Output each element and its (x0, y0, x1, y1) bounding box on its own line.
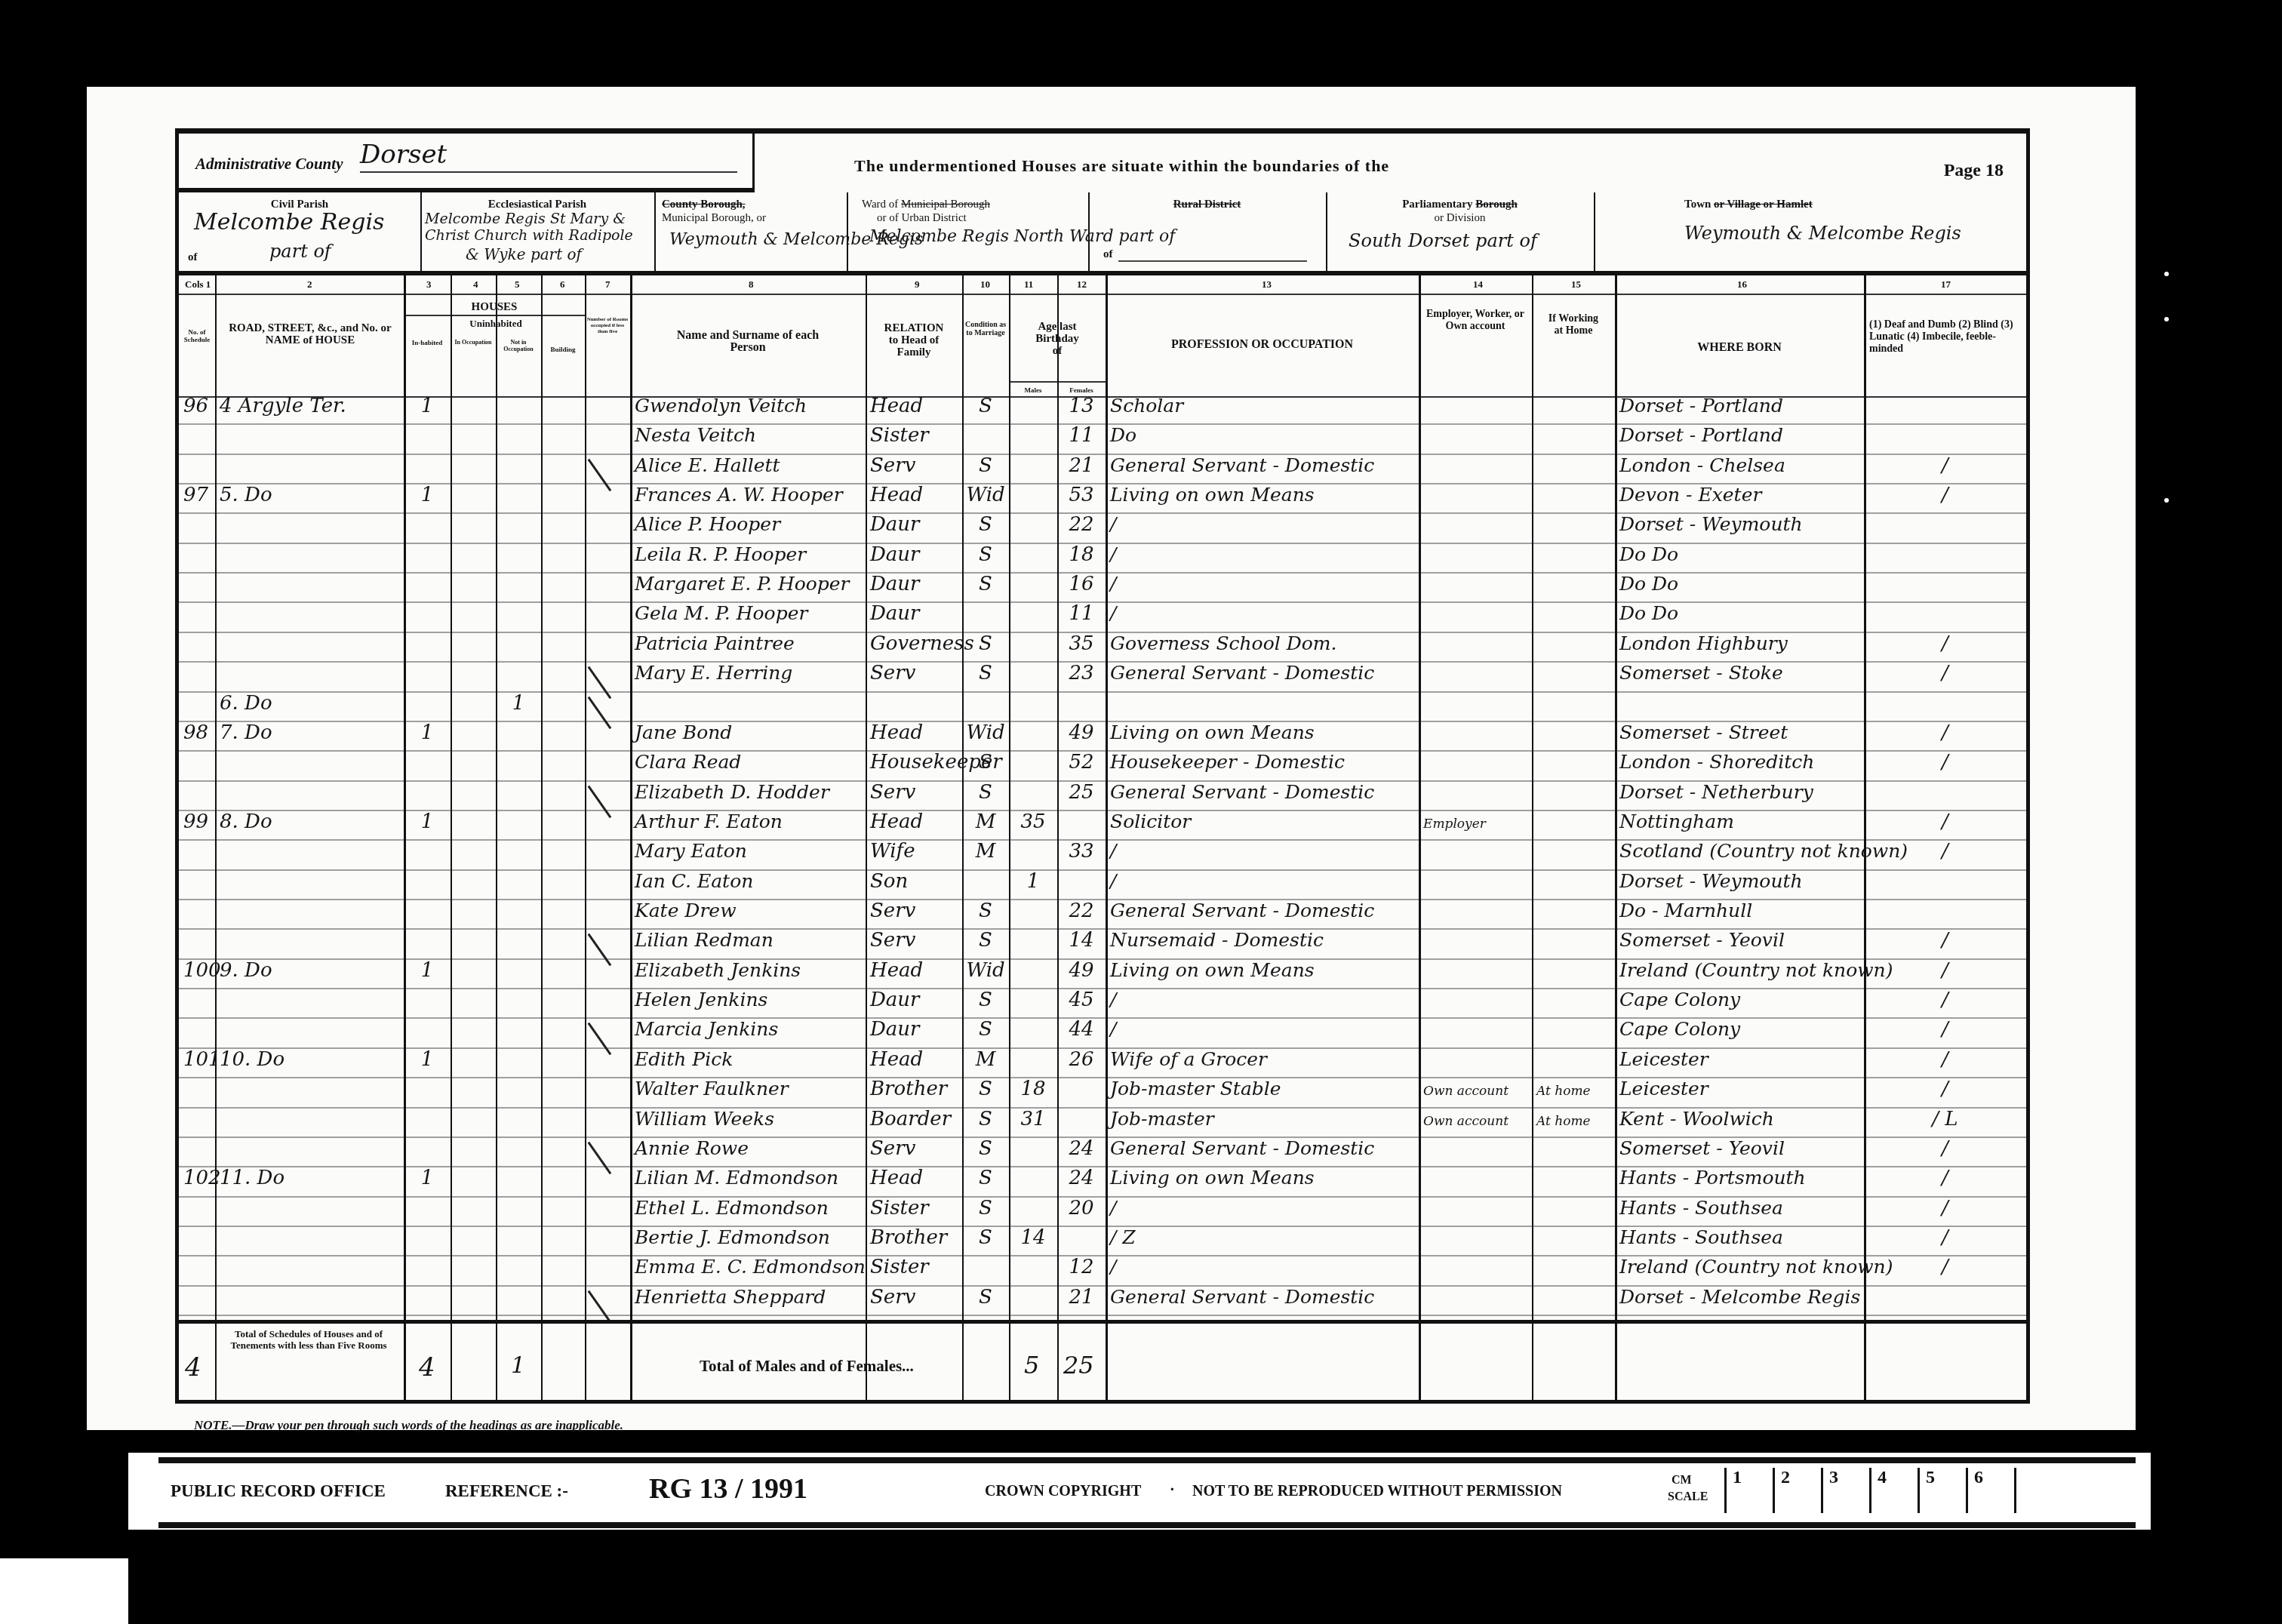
inhabited-header: In-habited (404, 339, 451, 346)
cell-name: Lilian Redman (635, 929, 773, 951)
table-row: Bertie J. EdmondsonBrotherS14/ ZHants - … (179, 1228, 2026, 1257)
cell-born: Do - Marnhull (1619, 900, 1752, 921)
cell-born: Ireland (Country not known) (1619, 1256, 1893, 1278)
cell-cond: S (962, 632, 1009, 655)
cell-road: 9. Do (220, 959, 272, 982)
cell-f: 24 (1057, 1167, 1106, 1189)
table-row: 1009. Do1Elizabeth JenkinsHeadWid49Livin… (179, 961, 2026, 990)
cell-cond: S (962, 781, 1009, 804)
cell-born: Cape Colony (1619, 989, 1740, 1010)
cell-occ: General Servant - Domestic (1110, 1137, 1374, 1159)
cell-f: 20 (1057, 1197, 1106, 1220)
cell-name: Elizabeth Jenkins (635, 959, 801, 981)
reference-label: REFERENCE :- (445, 1481, 568, 1501)
cell-cond: S (962, 1078, 1009, 1100)
cell-rel: Serv (870, 900, 915, 922)
cell-name: Arthur F. Eaton (635, 810, 783, 832)
uninhabited-total: 1 (511, 1352, 525, 1379)
admin-county-label: Administrative County (195, 155, 343, 174)
cell-occ: / (1110, 1256, 1116, 1278)
houses-header: HOUSES (404, 301, 585, 313)
cell-rel: Serv (870, 1137, 915, 1160)
relation-header: RELATION to Head of Family (866, 322, 962, 358)
cell-born: Ireland (Country not known) (1619, 959, 1893, 981)
cell-road: 11. Do (220, 1167, 284, 1189)
cell-inf: / (1864, 721, 2026, 744)
cell-occ: Do (1110, 424, 1136, 446)
table-row: Nesta VeitchSister11DoDorset - Portland (179, 426, 2026, 455)
cell-born: Leicester (1619, 1048, 1708, 1070)
cell-f: 49 (1057, 721, 1106, 744)
cell-cond: M (962, 1048, 1009, 1071)
cell-rel: Brother (870, 1226, 947, 1249)
name-header: Name and Surname of each Person (630, 330, 866, 354)
cell-born: Hants - Southsea (1619, 1197, 1783, 1219)
cell-cond: M (962, 810, 1009, 833)
cell-f: 14 (1057, 929, 1106, 952)
cell-cond: S (962, 573, 1009, 595)
cell-occ: / Z (1110, 1226, 1136, 1248)
cell-emp: Own account (1423, 1114, 1509, 1129)
males-header: Males (1009, 384, 1057, 396)
instruction-note: NOTE.—Draw your pen through such words o… (194, 1418, 623, 1433)
table-row: Lilian RedmanServS14Nursemaid - Domestic… (179, 930, 2026, 960)
cell-cond: S (962, 395, 1009, 417)
scale-cell: 6 (1966, 1468, 2014, 1513)
cell-name: Edith Pick (635, 1048, 733, 1070)
cell-f: 33 (1057, 840, 1106, 863)
cell-born: London - Shoreditch (1619, 751, 1814, 773)
cell-occ: General Servant - Domestic (1110, 781, 1374, 803)
cell-born: Hants - Portsmouth (1619, 1167, 1806, 1189)
column-number: 15 (1571, 280, 1581, 289)
cell-inhab: 1 (404, 484, 451, 506)
cell-name: Patricia Paintree (635, 632, 795, 654)
cell-home: At home (1536, 1114, 1591, 1129)
cell-name: Clara Read (635, 751, 741, 773)
cell-born: Do Do (1619, 543, 1678, 565)
cell-occ: Living on own Means (1110, 1167, 1315, 1189)
cell-rel: Serv (870, 781, 915, 804)
table-row: Emma E. C. EdmondsonSister12/Ireland (Co… (179, 1257, 2026, 1287)
cell-f: 16 (1057, 573, 1106, 595)
cell-rel: Boarder (870, 1108, 951, 1130)
column-number: 13 (1262, 280, 1272, 289)
table-row: 6. Do1 (179, 694, 2026, 723)
civil-parish-box: Civil Parish Melcombe Regis of part of (179, 192, 422, 271)
table-row: William WeeksBoarderS31Job-masterOwn acc… (179, 1109, 2026, 1139)
cell-occ: Wife of a Grocer (1110, 1048, 1267, 1070)
cell-m: 31 (1009, 1108, 1057, 1130)
cell-name: William Weeks (635, 1108, 774, 1130)
cell-f: 18 (1057, 543, 1106, 566)
cell-inhab: 1 (404, 959, 451, 982)
column-number: Cols 1 (185, 280, 211, 289)
cell-cond: Wid (962, 721, 1009, 744)
table-row: Marcia JenkinsDaurS44/Cape Colony/ (179, 1020, 2026, 1049)
cell-born: Devon - Exeter (1619, 484, 1761, 506)
cell-born: Do Do (1619, 573, 1678, 595)
cell-inf: / (1864, 454, 2026, 477)
cell-rel: Daur (870, 989, 920, 1011)
cell-f: 13 (1057, 395, 1106, 417)
cell-cond: S (962, 543, 1009, 566)
cell-cond: S (962, 513, 1009, 536)
cell-born: Hants - Southsea (1619, 1226, 1783, 1248)
cell-name: Walter Faulkner (635, 1078, 789, 1100)
cell-born: London - Chelsea (1619, 454, 1785, 476)
archive-footer: PUBLIC RECORD OFFICE REFERENCE :- RG 13 … (128, 1453, 2151, 1530)
column-number: 9 (915, 280, 920, 289)
cell-occ: / (1110, 840, 1116, 862)
cell-f: 26 (1057, 1048, 1106, 1071)
cell-rel: Head (870, 484, 923, 506)
cell-name: Marcia Jenkins (635, 1018, 778, 1040)
cell-inf: / (1864, 810, 2026, 833)
cell-f: 21 (1057, 454, 1106, 477)
cell-occ: Job-master Stable (1110, 1078, 1281, 1100)
cell-occ: / (1110, 543, 1116, 565)
cell-name: Bertie J. Edmondson (635, 1226, 830, 1248)
cm-scale: 123456 (1724, 1453, 2117, 1528)
parliamentary-box: Parliamentary Borough or Division South … (1326, 192, 1595, 271)
cell-rel: Head (870, 1167, 923, 1189)
scale-cell: 1 (1724, 1468, 1773, 1513)
cell-cond: S (962, 751, 1009, 774)
table-row: Patricia PaintreeGovernessS35Governess S… (179, 634, 2026, 663)
cell-inf: / L (1864, 1108, 2026, 1130)
table-row: 10110. Do1Edith PickHeadM26Wife of a Gro… (179, 1050, 2026, 1079)
occupation-header: PROFESSION OR OCCUPATION (1106, 339, 1419, 351)
cell-sched: 99 (183, 810, 208, 833)
cell-inf: / (1864, 751, 2026, 774)
cell-occ: / (1110, 602, 1116, 624)
cell-name: Ethel L. Edmondson (635, 1197, 829, 1219)
table-row: Henrietta SheppardServS21General Servant… (179, 1287, 2026, 1317)
table-row: Ethel L. EdmondsonSisterS20/Hants - Sout… (179, 1198, 2026, 1228)
table-row: Leila R. P. HooperDaurS18/Do Do (179, 545, 2026, 574)
cell-emp: Employer (1423, 817, 1486, 832)
cell-occ: / (1110, 513, 1116, 535)
table-row: Alice E. HallettServS21General Servant -… (179, 456, 2026, 485)
census-table: Cols 1234567891011121314151617No. of Sch… (179, 275, 2026, 1400)
cell-cond: S (962, 1167, 1009, 1189)
boundaries-text: The undermentioned Houses are situate wi… (854, 156, 1389, 176)
eccl-parish-box: Ecclesiastical Parish Melcombe Regis St … (420, 192, 656, 271)
cell-inf: / (1864, 840, 2026, 863)
cell-rel: Head (870, 1048, 923, 1071)
table-row: Elizabeth D. HodderServS25General Servan… (179, 783, 2026, 812)
cell-emp: Own account (1423, 1084, 1509, 1099)
schedules-total: 4 (185, 1352, 201, 1383)
cell-name: Leila R. P. Hooper (635, 543, 806, 565)
cell-name: Mary Eaton (635, 840, 747, 862)
permission-label: NOT TO BE REPRODUCED WITHOUT PERMISSION (1192, 1483, 1562, 1500)
cell-occ: General Servant - Domestic (1110, 900, 1374, 921)
cell-f: 49 (1057, 959, 1106, 982)
column-number: 2 (307, 280, 312, 289)
cell-name: Margaret E. P. Hooper (635, 573, 850, 595)
totals-row: Total of Schedules of Houses and of Tene… (179, 1320, 2026, 1407)
cell-rel: Head (870, 395, 923, 417)
cell-inhab: 1 (404, 810, 451, 833)
parliamentary-value: South Dorset part of (1349, 230, 1537, 251)
cell-inhab: 1 (404, 721, 451, 744)
cell-f: 12 (1057, 1256, 1106, 1278)
corner-patch (0, 1558, 128, 1624)
cell-name: Gwendolyn Veitch (635, 395, 807, 417)
cell-rel: Son (870, 870, 908, 893)
cell-name: Lilian M. Edmondson (635, 1167, 838, 1189)
infirmity-header: (1) Deaf and Dumb (2) Blind (3) Lunatic … (1869, 319, 2020, 355)
cell-rel: Sister (870, 1197, 929, 1220)
table-row: Helen JenkinsDaurS45/Cape Colony/ (179, 990, 2026, 1020)
schedules-total-label: Total of Schedules of Houses and of Tene… (218, 1328, 399, 1351)
cell-cond: Wid (962, 484, 1009, 506)
cell-f: 53 (1057, 484, 1106, 506)
column-number: 11 (1024, 280, 1033, 289)
cell-born: Cape Colony (1619, 1018, 1740, 1040)
cell-inf: / (1864, 1048, 2026, 1071)
cell-name: Nesta Veitch (635, 424, 756, 446)
cell-occ: / (1110, 989, 1116, 1010)
cell-occ: General Servant - Domestic (1110, 1286, 1374, 1308)
cell-inf: / (1864, 484, 2026, 506)
cell-rel: Serv (870, 662, 915, 684)
employer-header: Employer, Worker, or Own account (1419, 309, 1532, 333)
cell-inf: / (1864, 1018, 2026, 1041)
column-number: 8 (749, 280, 754, 289)
cell-cond: S (962, 454, 1009, 477)
cell-inf: / (1864, 1167, 2026, 1189)
cell-occ: Housekeeper - Domestic (1110, 751, 1345, 773)
cell-cond: Wid (962, 959, 1009, 982)
boundaries-row: Civil Parish Melcombe Regis of part of E… (179, 192, 2026, 275)
table-row: Mary E. HerringServS23General Servant - … (179, 663, 2026, 693)
ward-box: Ward of Municipal Borough or of Urban Di… (847, 192, 1090, 271)
cell-f: 23 (1057, 662, 1106, 684)
cell-cond: M (962, 840, 1009, 863)
cell-born: Dorset - Weymouth (1619, 513, 1803, 535)
road-header: ROAD, STREET, &c., and No. or NAME of HO… (218, 322, 402, 346)
rural-district-box: Rural District of (1088, 192, 1327, 271)
borough-box: County Borough, Municipal Borough, or We… (654, 192, 848, 271)
cell-f: 11 (1057, 602, 1106, 625)
cell-road: 8. Do (220, 810, 272, 833)
inhabited-total: 4 (419, 1352, 435, 1383)
cell-rel: Daur (870, 543, 920, 566)
females-total: 25 (1063, 1351, 1094, 1379)
table-row: 10211. Do1Lilian M. EdmondsonHeadS24Livi… (179, 1168, 2026, 1198)
cell-inf: / (1864, 1226, 2026, 1249)
cell-m: 35 (1009, 810, 1057, 833)
cell-rel: Serv (870, 1286, 915, 1309)
cell-rel: Head (870, 721, 923, 744)
cell-name: Frances A. W. Hooper (635, 484, 843, 506)
cell-occ: / (1110, 1018, 1116, 1040)
cell-born: Somerset - Street (1619, 721, 1788, 743)
cell-m: 1 (1009, 870, 1057, 893)
cell-f: 44 (1057, 1018, 1106, 1041)
cell-cond: S (962, 1108, 1009, 1130)
cell-cond: S (962, 662, 1009, 684)
table-row: Ian C. EatonSon1/Dorset - Weymouth (179, 872, 2026, 901)
cell-occ: / (1110, 573, 1116, 595)
cell-road: 6. Do (220, 692, 272, 715)
cell-inf: / (1864, 1197, 2026, 1220)
cell-road: 4 Argyle Ter. (220, 395, 346, 417)
cell-occ: Governess School Dom. (1110, 632, 1336, 654)
table-row: Margaret E. P. HooperDaurS16/Do Do (179, 574, 2026, 604)
copyright-label: CROWN COPYRIGHT (985, 1483, 1141, 1500)
not-in-occupation-header: Not in Occupation (496, 339, 541, 352)
cell-f: 52 (1057, 751, 1106, 774)
table-row: 975. Do1Frances A. W. HooperHeadWid53Liv… (179, 485, 2026, 515)
table-row: Mary EatonWifeM33/Scotland (Country not … (179, 841, 2026, 871)
cell-born: Somerset - Yeovil (1619, 1137, 1785, 1159)
cell-inf: / (1864, 959, 2026, 982)
cell-name: Emma E. C. Edmondson (635, 1256, 866, 1278)
column-number: 6 (560, 280, 565, 289)
table-row: 964 Argyle Ter.1Gwendolyn VeitchHeadS13S… (179, 396, 2026, 426)
condition-header: Condition as to Marriage (962, 321, 1009, 337)
cell-road: 10. Do (220, 1048, 284, 1071)
cell-name: Kate Drew (635, 900, 737, 921)
cell-rel: Brother (870, 1078, 947, 1100)
town-value: Weymouth & Melcombe Regis (1684, 223, 1961, 244)
page-number: Page 18 (1944, 161, 2004, 181)
cell-rel: Wife (870, 840, 915, 863)
census-form: Administrative County Dorset The underme… (175, 128, 2030, 1404)
town-box: Town or Village or Hamlet Weymouth & Mel… (1594, 192, 2031, 271)
cell-born: Dorset - Portland (1619, 424, 1783, 446)
cell-inf: / (1864, 1137, 2026, 1160)
cell-name: Henrietta Sheppard (635, 1286, 826, 1308)
cell-home: At home (1536, 1084, 1591, 1099)
males-total: 5 (1024, 1351, 1039, 1379)
table-row: Alice P. HooperDaurS22/Dorset - Weymouth (179, 515, 2026, 544)
cell-occ: General Servant - Domestic (1110, 454, 1374, 476)
cell-f: 22 (1057, 900, 1106, 922)
cell-born: Leicester (1619, 1078, 1708, 1100)
cell-rel: Serv (870, 929, 915, 952)
cell-name: Helen Jenkins (635, 989, 767, 1010)
cell-rel: Governess (870, 632, 974, 655)
column-number: 17 (1941, 280, 1951, 289)
cell-name: Gela M. P. Hooper (635, 602, 807, 624)
cell-occ: General Servant - Domestic (1110, 662, 1374, 684)
cell-f: 21 (1057, 1286, 1106, 1309)
cell-inhab: 1 (404, 395, 451, 417)
working-home-header: If Working at Home (1532, 313, 1615, 337)
table-row: Clara ReadHousekeeperS52Housekeeper - Do… (179, 752, 2026, 782)
cell-name: Jane Bond (635, 721, 732, 743)
column-number: 5 (515, 280, 520, 289)
cell-cond: S (962, 929, 1009, 952)
cell-inhab: 1 (404, 1167, 451, 1189)
cell-born: Dorset - Melcombe Regis (1619, 1286, 1860, 1308)
schedule-header: No. of Schedule (179, 328, 215, 343)
cell-f: 11 (1057, 424, 1106, 447)
column-number: 10 (980, 280, 990, 289)
cell-born: Dorset - Netherbury (1619, 781, 1813, 803)
cell-sched: 96 (183, 395, 208, 417)
cell-born: Dorset - Portland (1619, 395, 1783, 417)
cell-born: London Highbury (1619, 632, 1788, 654)
cell-rel: Sister (870, 1256, 929, 1278)
cell-rel: Serv (870, 454, 915, 477)
cell-occ: Solicitor (1110, 810, 1191, 832)
column-number: 14 (1473, 280, 1483, 289)
scale-cell: 5 (1918, 1468, 1966, 1513)
table-row: Kate DrewServS22General Servant - Domest… (179, 901, 2026, 930)
cell-rel: Daur (870, 573, 920, 595)
cell-occ: Living on own Means (1110, 484, 1315, 506)
eccl-parish-label: Ecclesiastical Parish (420, 198, 654, 211)
eccl-parish-value: Melcombe Regis St Mary & Christ Church w… (425, 211, 651, 244)
cell-m: 14 (1009, 1226, 1057, 1249)
cell-name: Mary E. Herring (635, 662, 792, 684)
cell-born: Dorset - Weymouth (1619, 870, 1803, 892)
cell-inf: / (1864, 989, 2026, 1011)
cell-f: 22 (1057, 513, 1106, 536)
civil-parish-value: Melcombe Regis (194, 209, 384, 235)
cell-occ: / (1110, 1197, 1116, 1219)
cell-occ: Living on own Means (1110, 721, 1315, 743)
cell-born: Somerset - Stoke (1619, 662, 1783, 684)
table-row: 998. Do1Arthur F. EatonHeadM35SolicitorE… (179, 812, 2026, 841)
cell-f: 24 (1057, 1137, 1106, 1160)
cell-rel: Sister (870, 424, 929, 447)
cell-name: Elizabeth D. Hodder (635, 781, 829, 803)
cell-born: Kent - Woolwich (1619, 1108, 1774, 1130)
cell-born: Do Do (1619, 602, 1678, 624)
column-number: 7 (605, 280, 610, 289)
building-header: Building (541, 343, 585, 355)
table-row: 987. Do1Jane BondHeadWid49Living on own … (179, 723, 2026, 752)
cell-name: Alice P. Hooper (635, 513, 780, 535)
admin-county-box: Administrative County Dorset (179, 134, 755, 192)
cell-rel: Head (870, 959, 923, 982)
cell-occ: Nursemaid - Domestic (1110, 929, 1324, 951)
cell-name: Ian C. Eaton (635, 870, 753, 892)
scale-cell: 4 (1869, 1468, 1918, 1513)
table-row: Gela M. P. HooperDaur11/Do Do (179, 604, 2026, 633)
cell-name: Alice E. Hallett (635, 454, 780, 476)
cell-born: Somerset - Yeovil (1619, 929, 1785, 951)
table-body: 964 Argyle Ter.1Gwendolyn VeitchHeadS13S… (179, 396, 2026, 1317)
cell-rel: Daur (870, 1018, 920, 1041)
cell-inf: / (1864, 929, 2026, 952)
cell-occ: Living on own Means (1110, 959, 1315, 981)
office-label: PUBLIC RECORD OFFICE (171, 1481, 386, 1501)
table-row: Walter FaulknerBrotherS18Job-master Stab… (179, 1079, 2026, 1109)
column-headers: Cols 1234567891011121314151617No. of Sch… (179, 275, 2026, 398)
column-number: 16 (1737, 280, 1747, 289)
cell-inf: / (1864, 632, 2026, 655)
cell-road: 7. Do (220, 721, 272, 744)
cell-cond: S (962, 900, 1009, 922)
civil-parish-part: part of (269, 241, 331, 262)
cell-inf: / (1864, 1256, 2026, 1278)
rooms-header: Number of Rooms occupied if less than fi… (585, 316, 630, 334)
cell-inhab: 1 (404, 1048, 451, 1071)
cell-inf: / (1864, 1078, 2026, 1100)
admin-county-value: Dorset (360, 140, 447, 170)
cell-occ: Scholar (1110, 395, 1183, 417)
table-row: Annie RoweServS24General Servant - Domes… (179, 1139, 2026, 1168)
column-number: 3 (426, 280, 432, 289)
